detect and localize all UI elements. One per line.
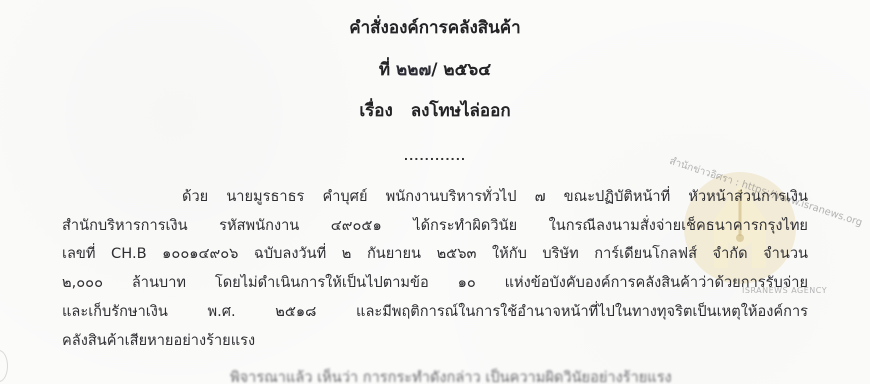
body-line: สำนักบริหารการเงิน รหัสพนักงาน ๔๙๐๕๑ ได้… [62, 216, 808, 236]
body-line-cut-off: พิจารณาแล้ว เห็นว่า การกระทำดังกล่าว เป็… [230, 368, 810, 384]
document-title: คำสั่งองค์การคลังสินค้า [0, 14, 870, 41]
dotted-separator: ............ [0, 150, 870, 163]
order-number-handwritten: ๒๒๗ [396, 60, 431, 80]
order-number: ที่ ๒๒๗/ ๒๕๖๔ [0, 56, 870, 83]
body-line: คลังสินค้าเสียหายอย่างร้ายแรง [62, 331, 808, 351]
order-number-year: / ๒๕๖๔ [431, 60, 491, 80]
scanned-document-page: คำสั่งองค์การคลังสินค้า ที่ ๒๒๗/ ๒๕๖๔ เร… [0, 0, 870, 384]
punch-hole-mark [0, 350, 8, 382]
body-line: เลขที่ CH.B ๑๐๐๑๔๙๐๖ ฉบับลงวันที่ ๒ กันย… [62, 244, 808, 264]
subject-label: เรื่อง [359, 101, 392, 121]
body-line: และเก็บรักษาเงิน พ.ศ. ๒๕๑๘ และมีพฤติการณ… [62, 302, 808, 322]
order-number-prefix: ที่ [379, 60, 390, 80]
subject-text: ลงโทษไล่ออก [411, 101, 511, 121]
body-line: ด้วย นายมูรธาธร คำบุศย์ พนักงานบริหารทั่… [182, 187, 808, 207]
order-subject: เรื่อง ลงโทษไล่ออก [0, 97, 870, 124]
body-line: ๒,๐๐๐ ล้านบาท โดยไม่ดำเนินการให้เป็นไปตา… [62, 273, 808, 293]
